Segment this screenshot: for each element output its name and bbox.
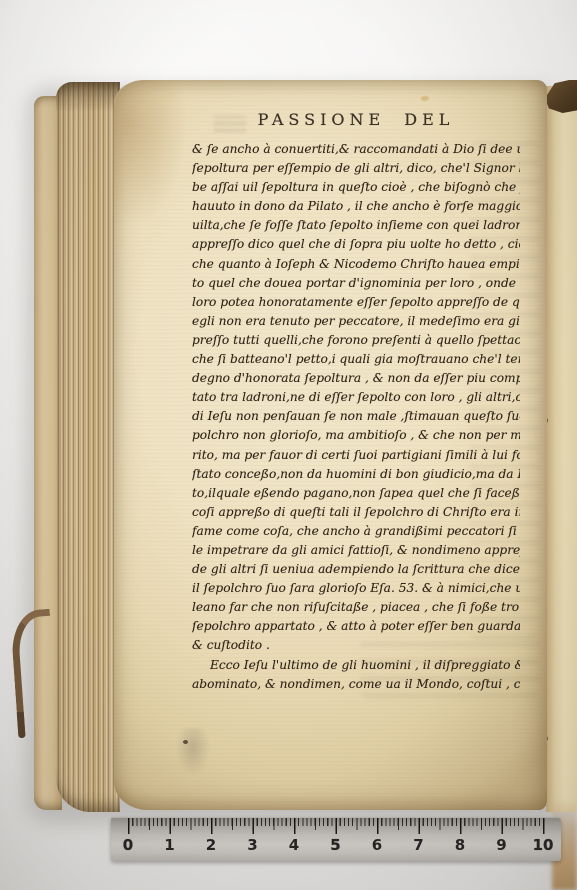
text-line: hauuto in dono da Pilato , il che ancho … xyxy=(192,197,520,216)
ruler-label: 10 xyxy=(533,836,554,854)
text-line: leano far che non riſuſcitaße , piacea ,… xyxy=(192,598,520,617)
ruler-label: 3 xyxy=(247,836,257,854)
text-line: loro potea honoratamente eſſer ſepolto a… xyxy=(192,293,520,312)
page-stain xyxy=(176,728,210,776)
text-line: ſepolchro appartato , & atto à poter eſſ… xyxy=(192,617,520,636)
text-line: uilta,che ſe foſſe ſtato ſepolto inſieme… xyxy=(192,216,520,235)
text-line: fame come coſa, che ancho à grandißimi p… xyxy=(192,522,520,541)
text-line: polchro non glorioſo, ma ambitioſo , & c… xyxy=(192,426,520,445)
text-line: de gli altri ſi ueniua adempiendo la ſcr… xyxy=(192,560,520,579)
book-fore-edge-stack xyxy=(56,82,120,812)
text-line: appreſſo dico quel che di ſopra piu uolt… xyxy=(192,235,520,254)
paragraph: & ſe ancho à conuertiti,& raccomandati à… xyxy=(192,140,520,656)
ruler-label: 4 xyxy=(289,836,299,854)
text-line: preſſo tutti quelli,che forono preſenti … xyxy=(192,331,520,350)
spine-headband xyxy=(545,80,577,113)
paragraph: Ecco Ieſu l'ultimo de gli huomini , il d… xyxy=(192,656,520,694)
text-line: to quel che douea portar d'ignominia per… xyxy=(192,274,520,293)
body-text: & ſe ancho à conuertiti,& raccomandati à… xyxy=(192,140,520,694)
text-line: be aſſai uil ſepoltura in queſto cioè , … xyxy=(192,178,520,197)
ruler-label: 7 xyxy=(413,836,423,854)
page-stain xyxy=(183,740,188,744)
text-line: che quanto à Ioſeph & Nicodemo Chriſto h… xyxy=(192,255,520,274)
ruler-label: 6 xyxy=(372,836,382,854)
text-line: rito, ma per fauor di certi ſuoi partigi… xyxy=(192,446,520,465)
photo-backdrop: PASSIONE DEL & ſe ancho à conuertiti,& r… xyxy=(0,0,577,890)
text-line: che ſi batteano'l petto,i quali gia moſt… xyxy=(192,350,520,369)
text-line: ſtato conceßo,non da huomini di bon giud… xyxy=(192,465,520,484)
text-line: abominato, & nondimen, come ua il Mondo,… xyxy=(192,675,520,694)
text-line: il ſepolchro ſuo ſara glorioſo Eſa. 53. … xyxy=(192,579,520,598)
ruler-label: 1 xyxy=(164,836,174,854)
text-line: egli non era tenuto per peccatore, il me… xyxy=(192,312,520,331)
text-line: ſepoltura per eſſempio de gli altri, dic… xyxy=(192,159,520,178)
text-line: to,ilquale eßendo pagano,non ſapea quel … xyxy=(192,484,520,503)
text-line: degno d'honorata ſepoltura , & non da eſ… xyxy=(192,369,520,388)
page-stain xyxy=(421,96,429,101)
text-line: le impetrare da gli amici fattioſi, & no… xyxy=(192,541,520,560)
ruler-ticks-cm xyxy=(128,818,545,834)
ruler: 012345678910 xyxy=(111,817,561,861)
ruler-label: 8 xyxy=(455,836,465,854)
ruler-label: 2 xyxy=(206,836,216,854)
text-line: coſi appreßo di queſti tali il ſepolchro… xyxy=(192,503,520,522)
text-line: tato tra ladroni,ne di eſſer ſepolto con… xyxy=(192,388,520,407)
text-line: & cuſtodito . xyxy=(192,636,520,655)
ruler-label: 0 xyxy=(123,836,133,854)
ruler-label: 9 xyxy=(496,836,506,854)
page-stain xyxy=(114,80,188,230)
facing-page-edge xyxy=(546,86,577,812)
text-line: & ſe ancho à conuertiti,& raccomandati à… xyxy=(192,140,520,159)
running-header: PASSIONE DEL xyxy=(192,110,520,134)
text-line: di Ieſu non penſauan ſe non male ,ſtimau… xyxy=(192,407,520,426)
ruler-label: 5 xyxy=(330,836,340,854)
text-line: Ecco Ieſu l'ultimo de gli huomini , il d… xyxy=(192,656,520,675)
